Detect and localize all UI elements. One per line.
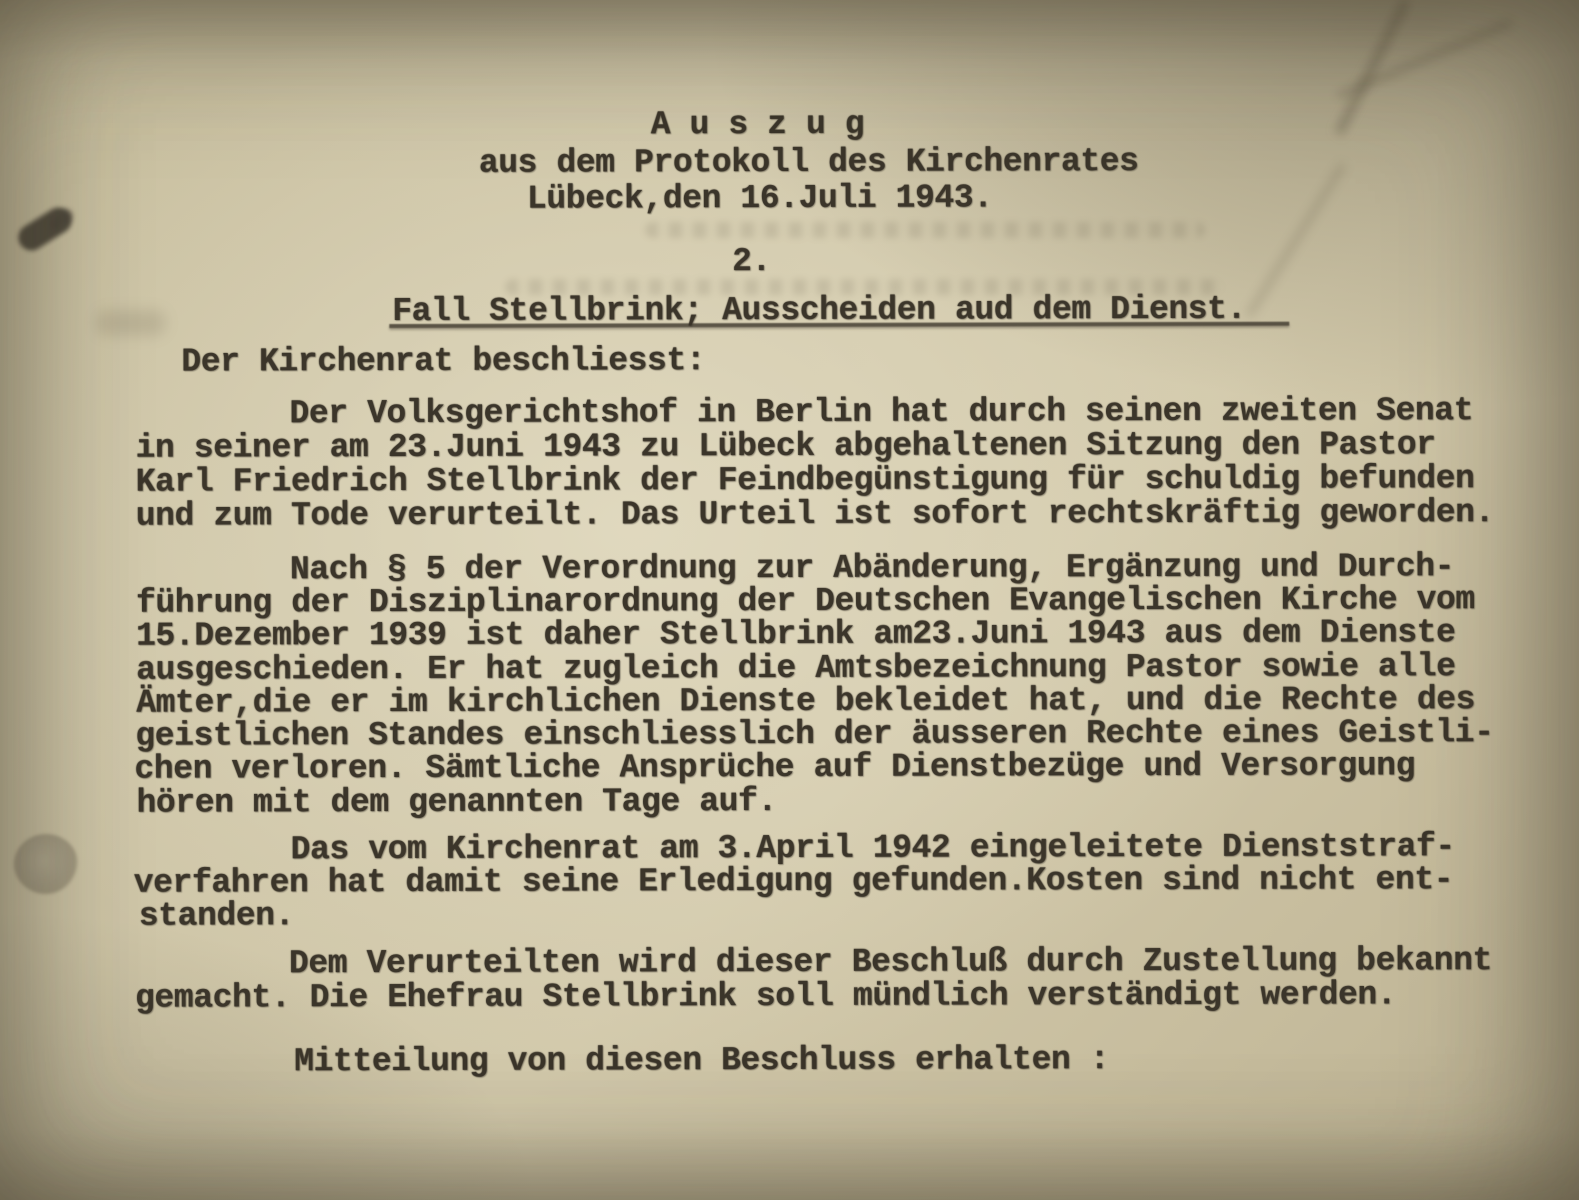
closing-line: Mitteilung von diesen Beschluss erhalten…	[294, 1042, 1109, 1080]
paragraph-line: hören mit dem genannten Tage auf.	[136, 784, 776, 822]
paragraph-line: gemacht. Die Ehefrau Stellbrink soll mün…	[135, 977, 1396, 1016]
paragraph-line: standen.	[139, 898, 294, 934]
item-number: 2.	[732, 244, 771, 280]
doc-title: A u s z u g	[651, 107, 865, 144]
opening-line: Der Kirchenrat beschliesst:	[181, 343, 705, 380]
paragraph-line: und zum Tode verurteilt. Das Urteil ist …	[136, 495, 1494, 535]
doc-dateline: Lübeck,den 16.Juli 1943.	[527, 180, 993, 217]
doc-subtitle: aus dem Protokoll des Kirchenrates	[479, 144, 1139, 182]
document-photo: A u s z u g aus dem Protokoll des Kirche…	[0, 0, 1579, 1200]
paragraph-line: verfahren hat damit seine Erledigung gef…	[134, 862, 1454, 901]
typewritten-page: A u s z u g aus dem Protokoll des Kirche…	[0, 0, 1579, 1200]
paragraph-line: chen verloren. Sämtliche Ansprüche auf D…	[134, 748, 1415, 787]
